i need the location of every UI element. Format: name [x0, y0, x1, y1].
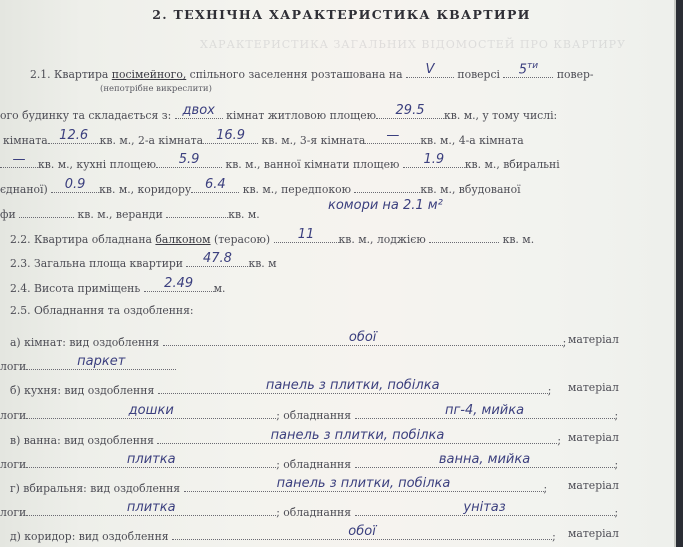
- loggia-area-field[interactable]: [429, 230, 499, 243]
- hallway-area-field[interactable]: [354, 180, 420, 193]
- bath-equipment-field[interactable]: ванна, мийка: [355, 455, 615, 468]
- room2-field[interactable]: 16.9: [203, 131, 258, 144]
- scan-border: [676, 0, 683, 547]
- s21-line2: ого будинку та складається з: двох кімна…: [0, 106, 557, 122]
- s21-line1: 2.1. Квартира посімейного, спільного зас…: [30, 65, 594, 81]
- kitchen-finish-field[interactable]: панель з плитки, побілка: [158, 381, 548, 394]
- section-title: 2. ТЕХНІЧНА ХАРАКТЕРИСТИКА КВАРТИРИ: [0, 7, 683, 22]
- kitchen-floor-field[interactable]: дошки: [26, 406, 276, 419]
- kitchen-area-field[interactable]: 5.9: [156, 155, 222, 168]
- rooms-floor-field[interactable]: паркет: [26, 357, 176, 370]
- s21-line6: фи кв. м., веранди кв. м.: [0, 205, 260, 221]
- s24-line: 2.4. Висота приміщень 2.49м.: [10, 279, 226, 295]
- rooms-finish-field[interactable]: обої: [163, 333, 563, 346]
- balcony-area-field[interactable]: 11: [274, 230, 339, 243]
- s25-item-d: г) вбиральня: вид оздоблення панель з пл…: [10, 479, 547, 495]
- corridor-area-field[interactable]: 6.4: [191, 180, 239, 193]
- material-label: матеріал: [568, 527, 619, 540]
- material-label: матеріал: [568, 333, 619, 346]
- bath-floor-field[interactable]: плитка: [26, 455, 276, 468]
- s21-line3: кімната12.6кв. м., 2-а кімната16.9 кв. м…: [3, 131, 524, 147]
- toilet-finish-field[interactable]: панель з плитки, побілка: [184, 479, 544, 492]
- handwritten-note: комори на 2.1 м²: [328, 198, 443, 213]
- floors-total-field[interactable]: 5ти: [503, 65, 553, 78]
- s25-item-d-floor: логиплитка; обладнання унітаз;: [0, 503, 618, 519]
- s25-item-c-floor: логиплитка; обладнання ванна, мийка;: [0, 455, 618, 471]
- s23-line: 2.3. Загальна площа квартири 47.8кв. м: [10, 254, 277, 270]
- s21-line5: єднаної) 0.9кв. м., коридору6.4 кв. м., …: [0, 180, 521, 196]
- living-area-field[interactable]: 29.5: [376, 106, 444, 119]
- ceiling-height-field[interactable]: 2.49: [144, 279, 214, 292]
- kitchen-equipment-field[interactable]: пг-4, мийка: [355, 406, 615, 419]
- room4-field[interactable]: —: [0, 155, 38, 168]
- room1-field[interactable]: 12.6: [48, 131, 100, 144]
- material-label: матеріал: [568, 431, 619, 444]
- floor-field[interactable]: V: [406, 65, 454, 78]
- closet-area-field[interactable]: [19, 205, 74, 218]
- total-area-field[interactable]: 47.8: [186, 254, 248, 267]
- s25-item-a-floor: логипаркет: [0, 357, 176, 373]
- rooms-count-field[interactable]: двох: [175, 106, 223, 119]
- toilet-area-field[interactable]: 0.9: [51, 180, 99, 193]
- material-label: матеріал: [568, 479, 619, 492]
- s25-item-b-floor: логидошки; обладнання пг-4, мийка;: [0, 406, 618, 422]
- room3-field[interactable]: —: [365, 131, 420, 144]
- s21-line4: —кв. м., кухні площею5.9 кв. м., ванної …: [0, 155, 560, 171]
- s21-underlined-type: посімейного,: [112, 68, 186, 81]
- s25-item-b: б) кухня: вид оздоблення панель з плитки…: [10, 381, 551, 397]
- s25-item-e: д) коридор: вид оздоблення обої;: [10, 527, 556, 543]
- s22-line: 2.2. Квартира обладнана балконом (терасо…: [10, 230, 534, 246]
- material-label: матеріал: [568, 381, 619, 394]
- corridor-finish-field[interactable]: обої: [172, 527, 552, 540]
- s25-heading: 2.5. Обладнання та оздоблення:: [10, 304, 194, 317]
- s25-item-a: а) кімнат: вид оздоблення обої;: [10, 333, 566, 349]
- toilet-floor-field[interactable]: плитка: [26, 503, 276, 516]
- bleed-through-text: ХАРАКТЕРИСТИКА ЗАГАЛЬНИХ ВІДОМОСТЕЙ ПРО …: [200, 38, 620, 50]
- veranda-area-field[interactable]: [166, 205, 228, 218]
- s25-item-c: в) ванна: вид оздоблення панель з плитки…: [10, 431, 561, 447]
- s21-hint: (непотрібне викреслити): [100, 84, 212, 94]
- bathroom-area-field[interactable]: 1.9: [403, 155, 465, 168]
- bath-finish-field[interactable]: панель з плитки, побілка: [157, 431, 557, 444]
- toilet-equipment-field[interactable]: унітаз: [355, 503, 615, 516]
